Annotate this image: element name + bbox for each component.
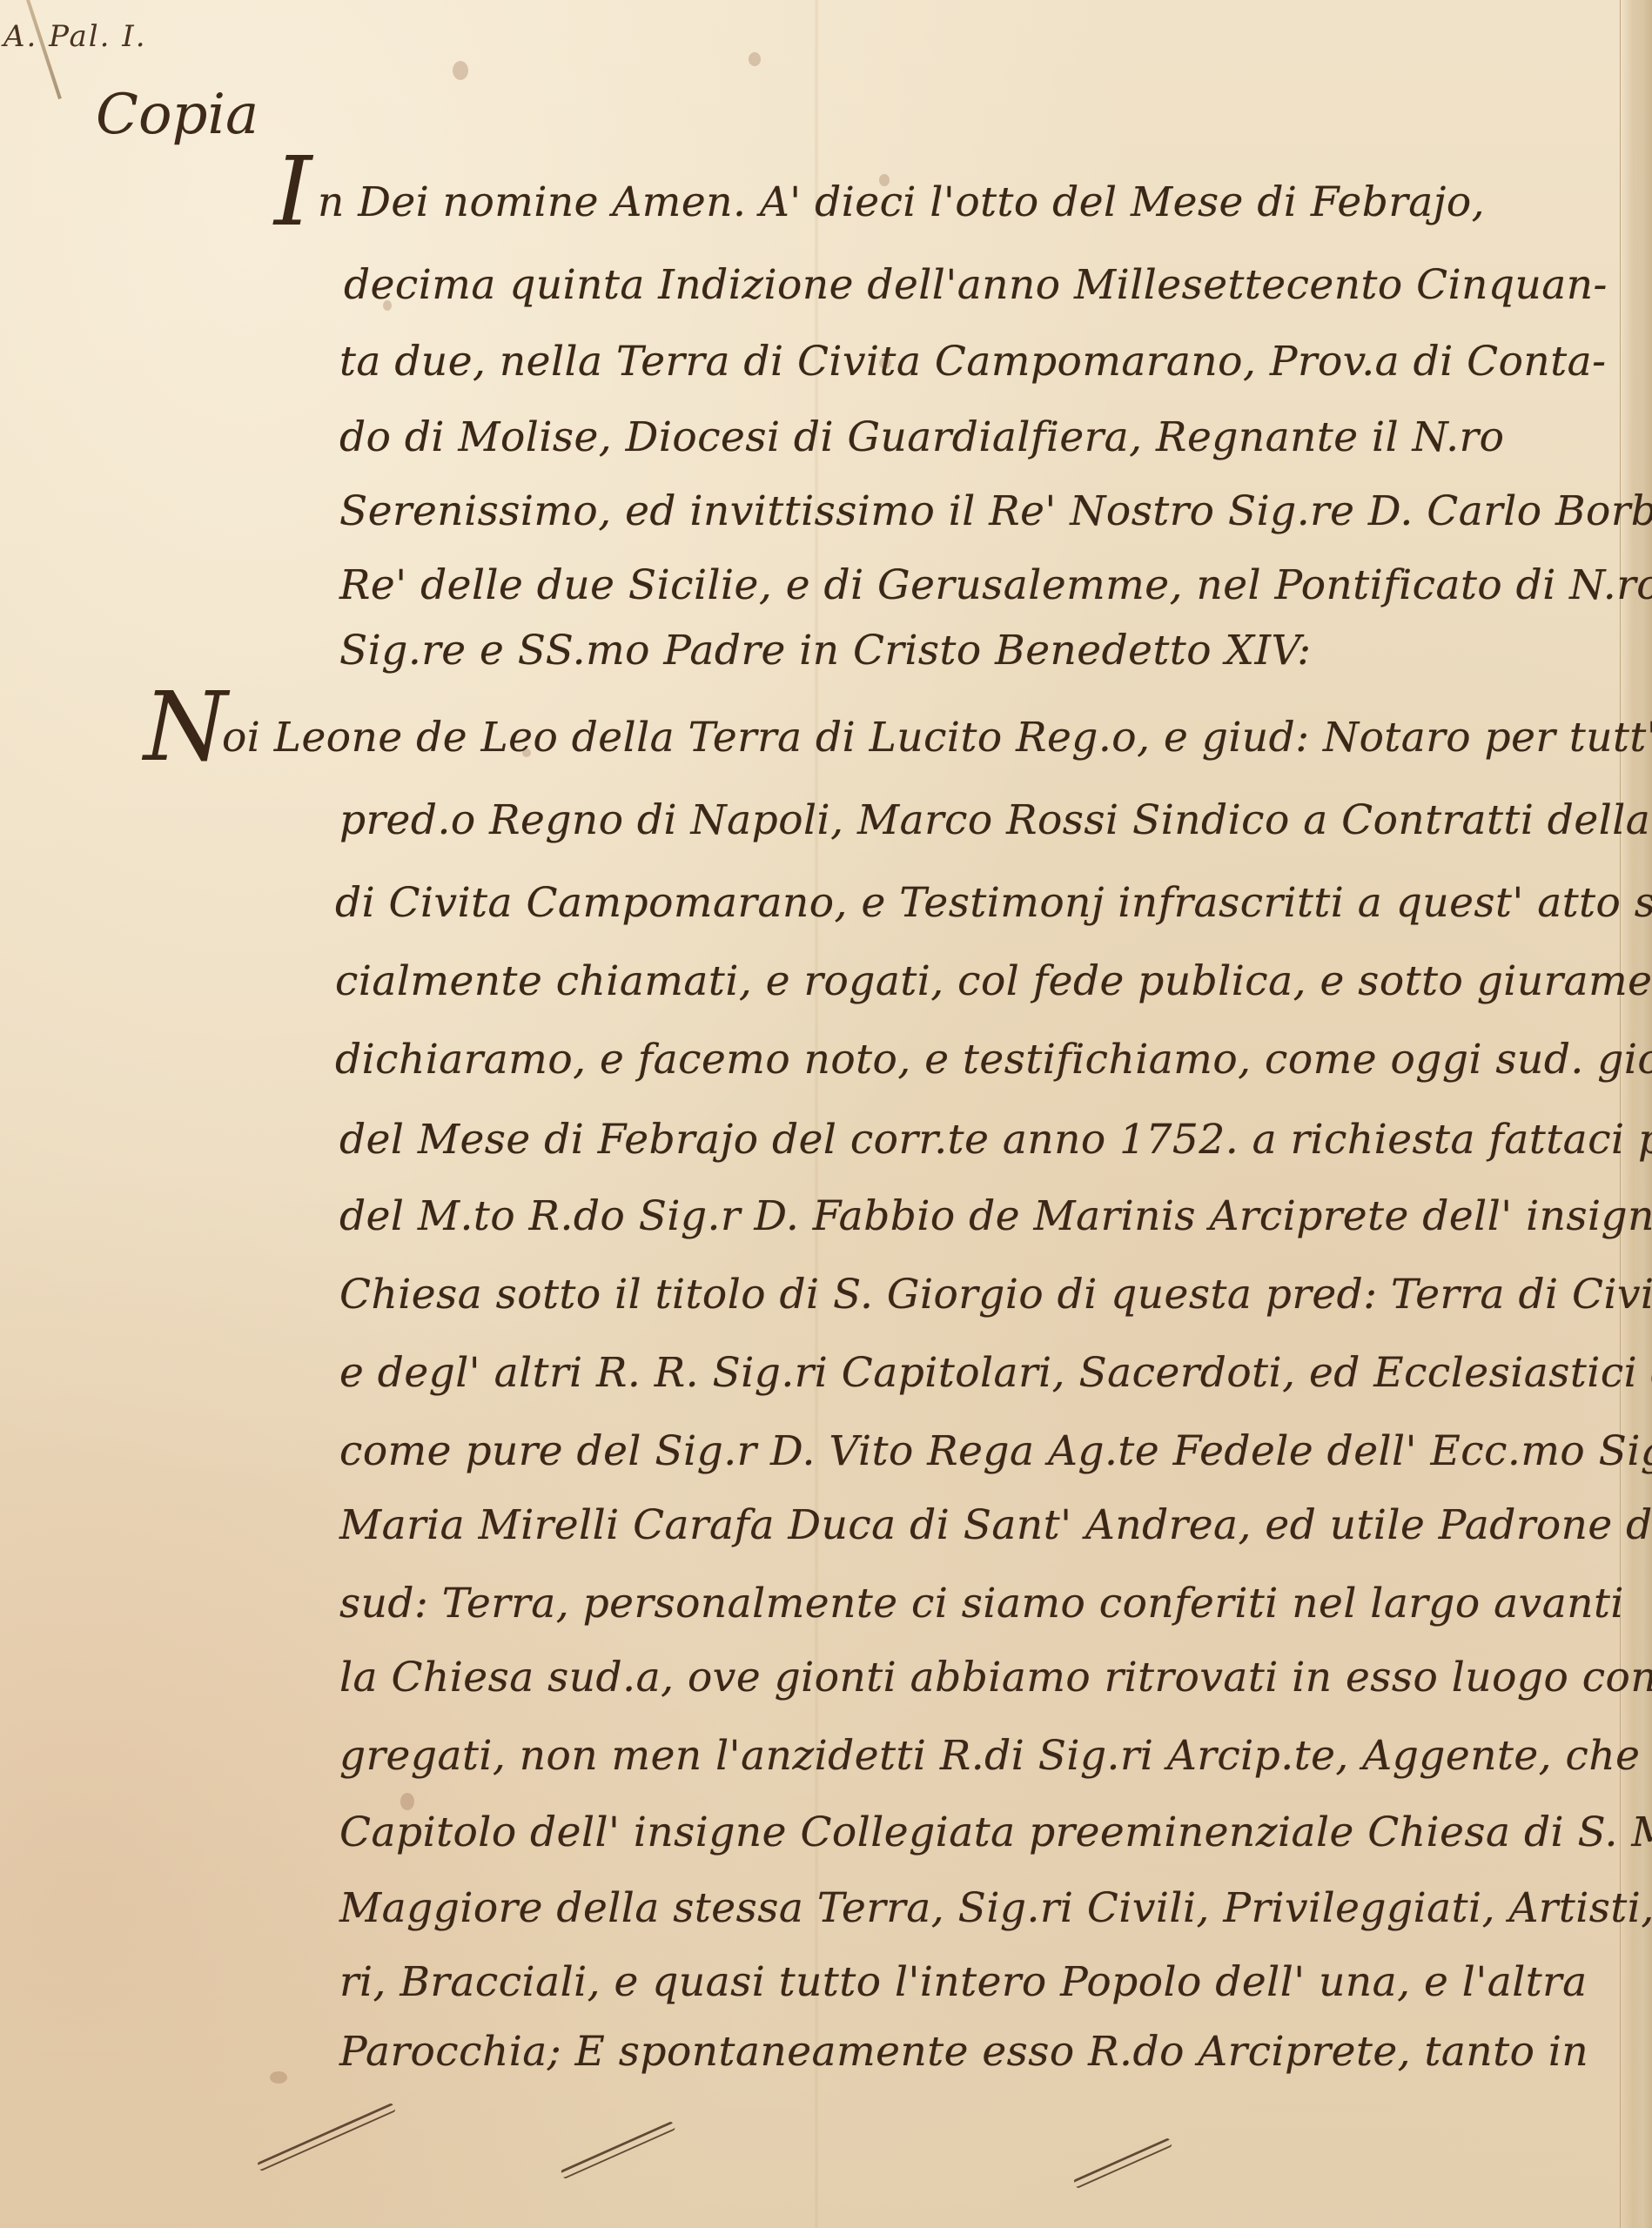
text-line: e degl' altri R. R. Sig.ri Capitolari, S…	[339, 1349, 1652, 1397]
pen-flourish	[1073, 2137, 1172, 2189]
text-line: la Chiesa sud.a, ove gionti abbiamo ritr…	[339, 1654, 1652, 1701]
text-line: del Mese di Febrajo del corr.te anno 175…	[339, 1116, 1652, 1164]
text-line: dichiaramo, e facemo noto, e testifichia…	[335, 1036, 1652, 1084]
ink-stain	[749, 52, 761, 66]
manuscript-page: A. Pal. I. Copia I n Dei nomine Amen. A'…	[0, 0, 1652, 2228]
ink-stain	[400, 1793, 414, 1810]
pen-flourish	[561, 2121, 675, 2179]
text-line: do di Molise, Diocesi di Guardialfiera, …	[339, 413, 1504, 461]
text-line: Capitolo dell' insigne Collegiata preemi…	[339, 1809, 1652, 1856]
text-line: Chiesa sotto il titolo di S. Giorgio di …	[339, 1271, 1652, 1319]
text-line: sud: Terra, personalmente ci siamo confe…	[339, 1580, 1624, 1627]
text-line: ta due, nella Terra di Civita Campomaran…	[339, 338, 1607, 386]
document-heading: Copia	[96, 83, 259, 147]
pen-flourish	[257, 2103, 396, 2171]
text-line: di Civita Campomarano, e Testimonj infra…	[335, 879, 1652, 927]
text-line: gregati, non men l'anzidetti R.di Sig.ri…	[339, 1732, 1652, 1780]
text-line: Parocchia; E spontaneamente esso R.do Ar…	[339, 2028, 1588, 2076]
ink-stain	[453, 61, 468, 80]
text-line: Maggiore della stessa Terra, Sig.ri Civi…	[339, 1884, 1652, 1932]
text-line: Maria Mirelli Carafa Duca di Sant' Andre…	[339, 1501, 1652, 1549]
folio-mark: A. Pal. I.	[3, 19, 147, 54]
text-line: Serenissimo, ed invittissimo il Re' Nost…	[339, 487, 1652, 535]
ink-stain	[270, 2071, 287, 2084]
text-line: decima quinta Indizione dell'anno Milles…	[344, 261, 1608, 309]
text-line: cialmente chiamati, e rogati, col fede p…	[335, 957, 1652, 1005]
text-line: del M.to R.do Sig.r D. Fabbio de Marinis…	[339, 1192, 1652, 1240]
paragraph-2-initial: N	[144, 679, 227, 775]
text-line: come pure del Sig.r D. Vito Rega Ag.te F…	[339, 1427, 1652, 1475]
text-line: Re' delle due Sicilie, e di Gerusalemme,…	[339, 561, 1652, 609]
text-line: ri, Bracciali, e quasi tutto l'intero Po…	[339, 1958, 1588, 2006]
text-line: pred.o Regno di Napoli, Marco Rossi Sind…	[339, 796, 1652, 844]
text-line: Sig.re e SS.mo Padre in Cristo Benedetto…	[339, 627, 1312, 674]
text-line: n Dei nomine Amen. A' dieci l'otto del M…	[318, 178, 1485, 226]
text-line: oi Leone de Leo della Terra di Lucito Re…	[222, 714, 1652, 762]
paragraph-1-initial: I	[274, 144, 312, 239]
